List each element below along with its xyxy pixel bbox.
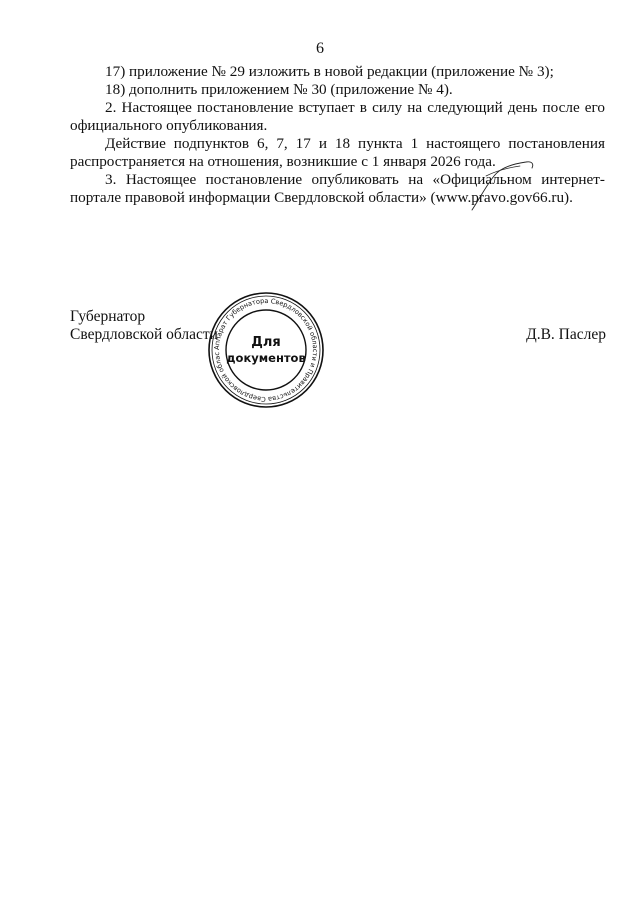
signatory-position: Губернатор Свердловской области [70, 308, 218, 344]
signatory-name: Д.В. Паслер [526, 326, 606, 344]
position-line-1: Губернатор [70, 308, 218, 326]
handwritten-signature [460, 158, 540, 218]
stamp-center-line-2: документов [226, 351, 305, 365]
paragraph-item-18: 18) дополнить приложением № 30 (приложен… [70, 81, 605, 99]
position-line-2: Свердловской области [70, 326, 218, 344]
paragraph-item-17: 17) приложение № 29 изложить в новой ред… [70, 63, 605, 81]
paragraph-point-2: 2. Настоящее постановление вступает в си… [70, 99, 605, 135]
official-stamp: Аппарат Губернатора Свердловской области… [206, 290, 326, 410]
page-number: 6 [0, 40, 640, 58]
stamp-center-line-1: Для [251, 335, 280, 350]
